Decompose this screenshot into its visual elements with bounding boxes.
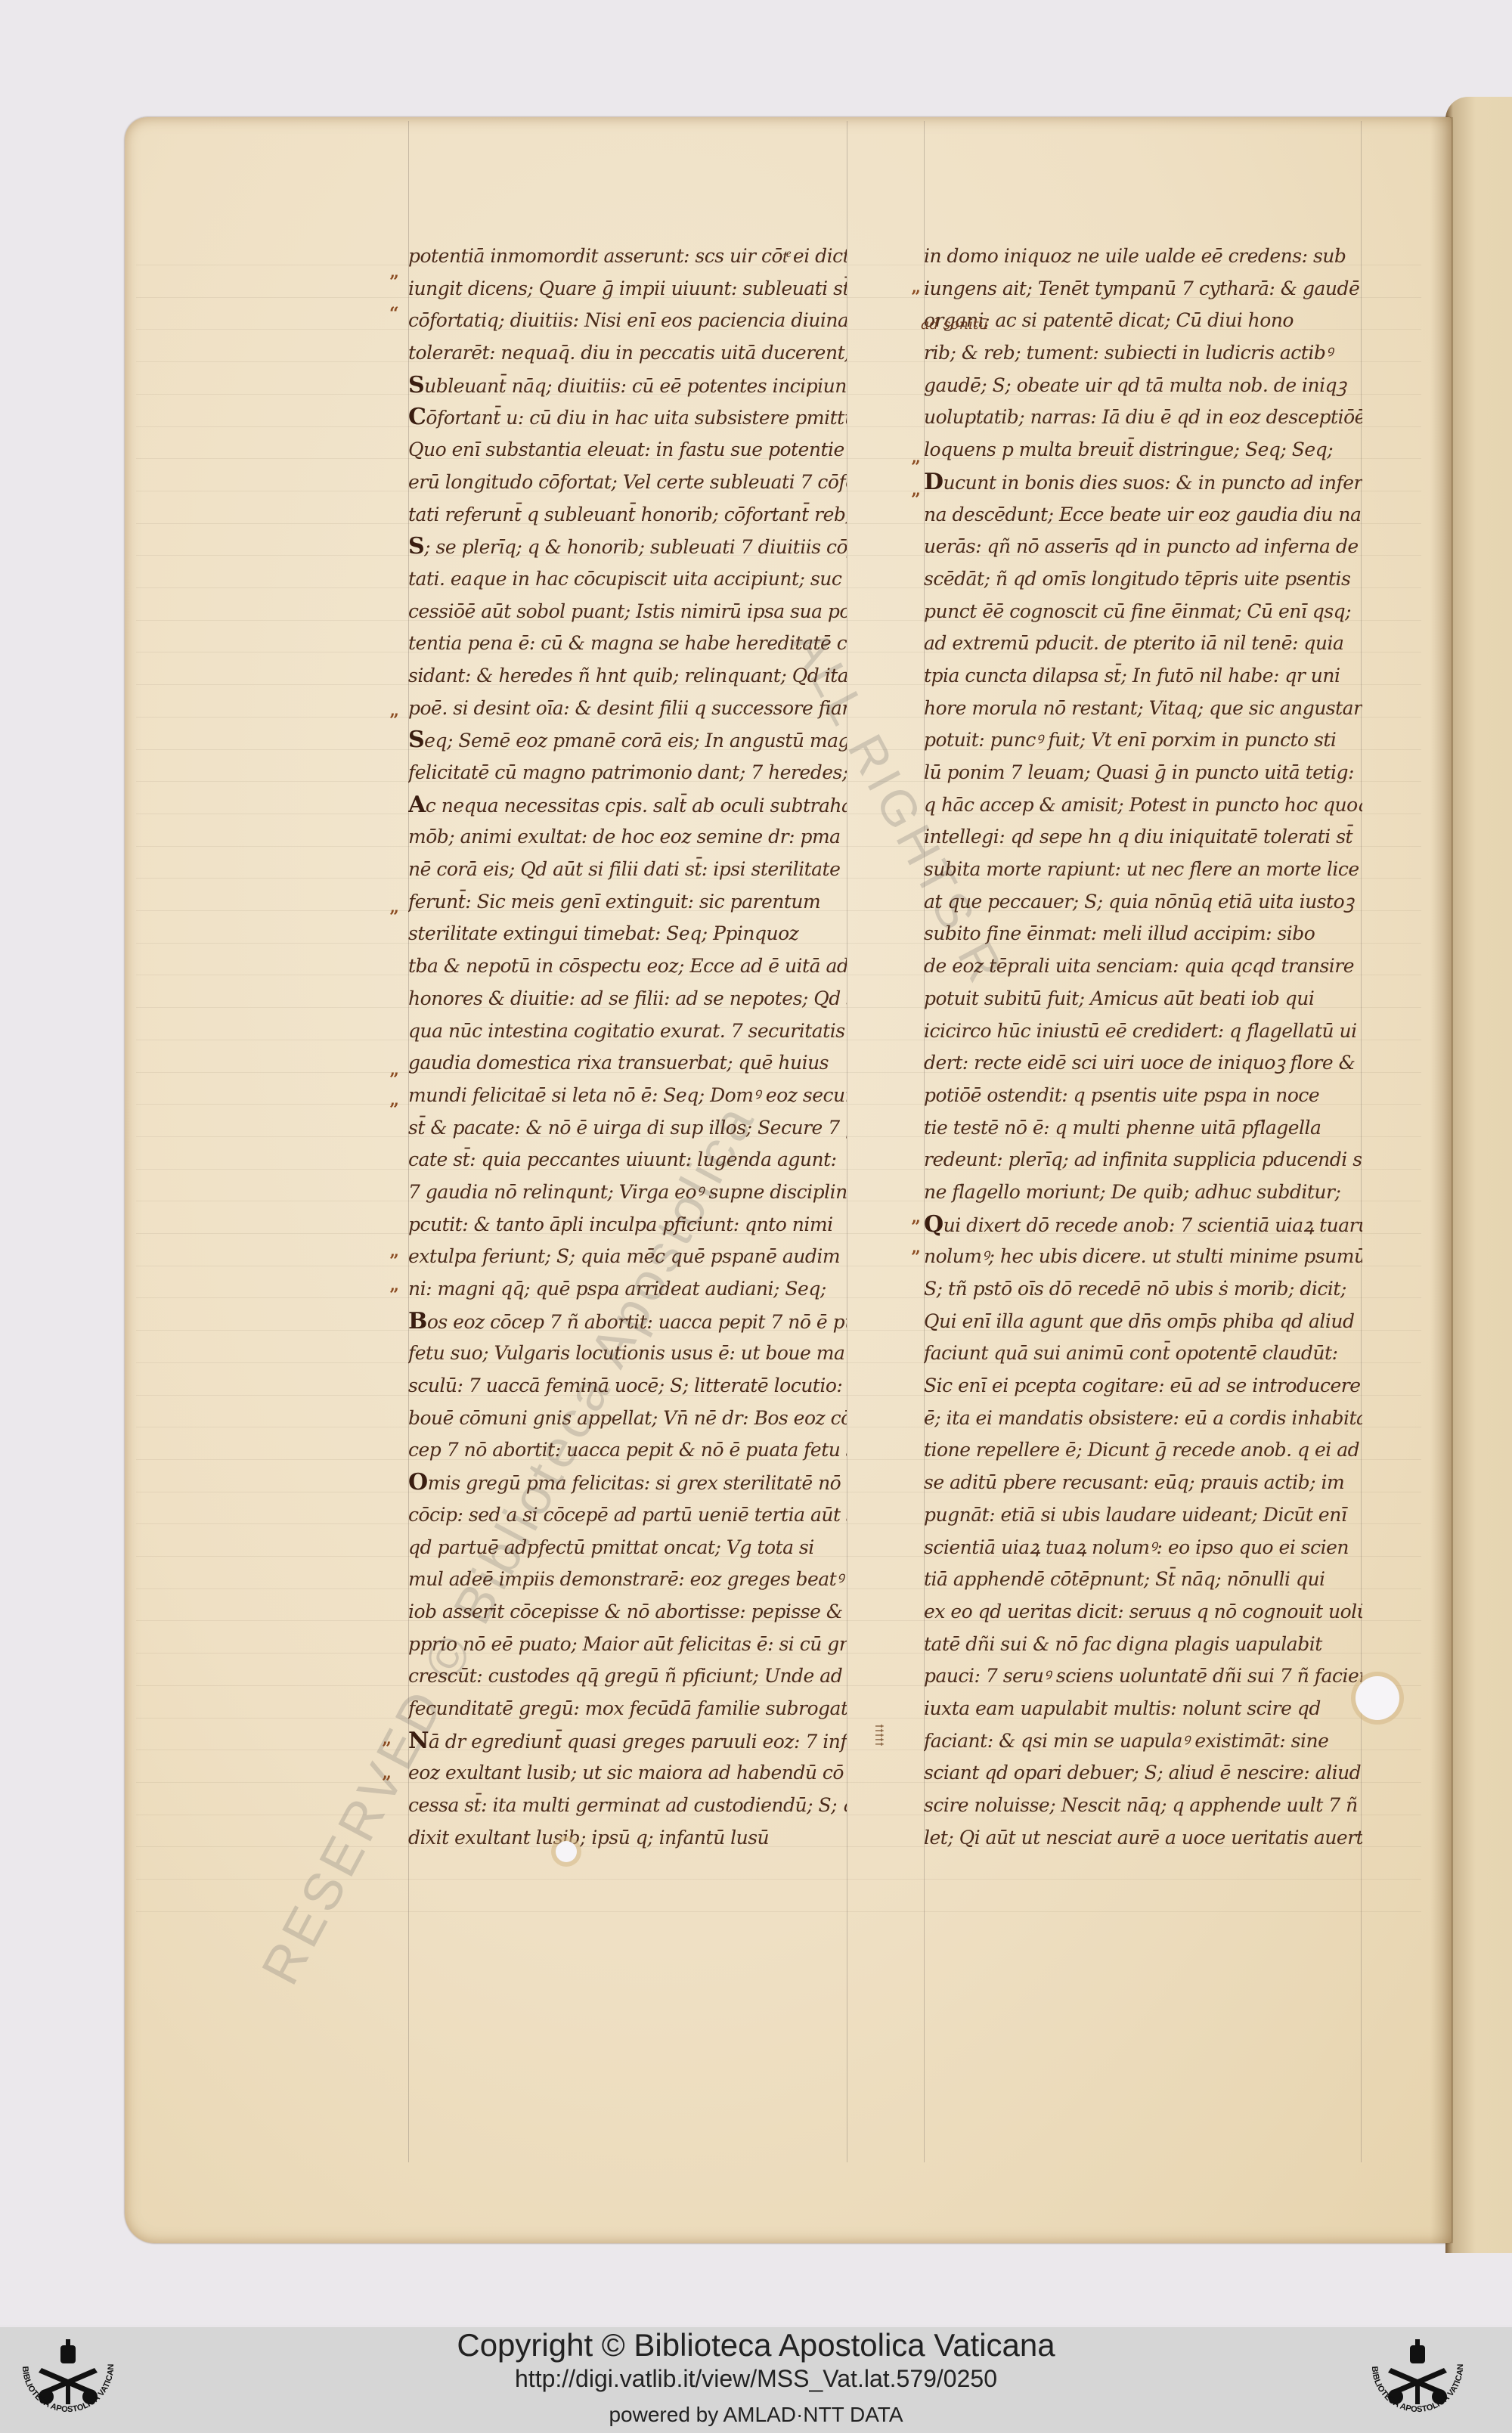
manuscript-line: sculū: 7 uaccā feminā uocē; S; litteratē… [408,1370,847,1402]
manuscript-line: mōb; animi exultat: de hoc eoz semine dr… [408,821,847,854]
manuscript-line: lū ponim 7 leuam; Quasi ḡ in puncto uitā… [924,757,1362,789]
manuscript-line: sterilitate extingui timebat: Seq; Ppinq… [408,918,847,950]
left-text-column: potentiā inmomordit asserunt: scs uir cō… [408,240,847,1854]
initial-letter: Q [924,1211,943,1238]
marginal-quote-mark: ” [389,711,399,730]
manuscript-line: cōfortatiq; diuitiis: Nisi enī eos pacie… [408,305,847,337]
manuscript-line: Qui dixert dō recede anob: 7 scientiā ui… [924,1209,1362,1241]
manuscript-line: ne flagello moriunt; De quib; adhuc subd… [924,1176,1362,1209]
manuscript-line: eoz exultant lusib; ut sic maiora ad hab… [408,1757,847,1790]
manuscript-line: nē corā eis; Qd aūt si filii dati st̄: i… [408,854,847,886]
manuscript-line: in domo iniquoz ne uile ualde eē credens… [924,240,1362,273]
manuscript-line: tba & nepotū in cōspectu eoz; Ecce ad ē … [408,950,847,983]
manuscript-line: rib; & reb; tument: subiecti in ludicris… [924,337,1362,370]
initial-letter: A [408,792,426,818]
marginal-quote-mark: ” [389,907,399,927]
manuscript-line: tione repellere ē; Dicunt ḡ recede anob.… [924,1434,1362,1467]
manuscript-line: ad extremū pducit. de pterito iā nil ten… [924,628,1362,660]
manuscript-line: Cōfortant̄ u: cū diu in hac uita subsist… [408,401,847,434]
manuscript-line: Nā dr egrediunt̄ quasi greges paruuli eo… [408,1725,847,1758]
manuscript-line: nolumꝰ; hec ubis dicere. ut stulti minim… [924,1241,1362,1273]
manuscript-line: Omis gregū pma felicitas: si grex steril… [408,1467,847,1499]
manuscript-line: Subleuant̄ nāq; diuitiis: cū eē potentes… [408,370,847,402]
manuscript-line: gaudē; S; obeate uir qd tā multa nob. de… [924,370,1362,402]
manuscript-line: bouē cōmuni gnis appellat; Vn̄ nē dr: Bo… [408,1402,847,1435]
manuscript-line: sciant qd opari debuer; S; aliud ē nesci… [924,1757,1362,1790]
manuscript-line: potuit: puncꝰ fuit; Vt enī porxim in pun… [924,724,1362,757]
manuscript-line: Ducunt in bonis dies suos: & in puncto a… [924,466,1362,499]
manuscript-line: pcutit: & tanto āpli inculpa pficiunt: q… [408,1209,847,1241]
manuscript-line: let; Qi aūt ut nesciat aurē a uoce uerit… [924,1822,1362,1855]
manuscript-line: mul adeē impiis demonstrarē: eoz greges … [408,1564,847,1596]
manuscript-line: potiōē ostendit: q psentis uite pspa in … [924,1080,1362,1112]
marginal-quote-mark: ” [911,1247,921,1267]
initial-letter: O [408,1469,428,1495]
marginal-quote-mark: ” [911,1217,921,1237]
manuscript-line: tie testē nō ē: q multi phenne uitā pfla… [924,1112,1362,1145]
marginal-quote-mark: ” [389,1285,399,1305]
manuscript-line: tpia cuncta dilapsa st̄; In futō nil hab… [924,660,1362,693]
manuscript-line: tati. eaque in hac cōcupiscit uita accip… [408,563,847,596]
manuscript-line: st̄ & pacate: & nō ē uirga di sup illos;… [408,1112,847,1145]
manuscript-line: ex eo qd ueritas dicit: seruus q nō cogn… [924,1596,1362,1629]
manuscript-line: scire noluisse; Nescit nāq; q apphende u… [924,1790,1362,1822]
manuscript-line: uerās: qñ nō asserīs qd in puncto ad inf… [924,531,1362,563]
copyright-footer: Copyright © Biblioteca Apostolica Vatica… [0,2327,1512,2433]
manuscript-line: pauci: 7 seruꝰ sciens uoluntatē dñi sui … [924,1660,1362,1693]
source-url[interactable]: http://digi.vatlib.it/view/MSS_Vat.lat.5… [0,2365,1512,2393]
manuscript-line: Quo enī substantia eleuat: in fastu sue … [408,434,847,466]
powered-by-text: powered by AMLAD·NTT DATA [0,2403,1512,2427]
manuscript-line: tatē dñi sui & nō fac digna plagis uapul… [924,1629,1362,1661]
manuscript-line: qd partuē adpfectū pmittat oncat; Vg tot… [408,1532,847,1564]
marginal-quote-mark: ” [389,1251,399,1271]
marginal-annotation: ꝉꝉꝉꝉꝉ [868,1724,885,1799]
manuscript-line: punct ēē cognoscit cū fine ēinmat; Cū en… [924,596,1362,628]
manuscript-line: redeunt: plerīq; ad infinita supplicia p… [924,1144,1362,1176]
manuscript-line: intellegi: qd sepe hn q diu iniquitatē t… [924,821,1362,854]
manuscript-line: S; se plerīq; q & honorib; subleuati 7 d… [408,531,847,563]
initial-letter: D [924,469,943,495]
manuscript-line: scientiā uiaꝝ tuaꝝ nolumꝰ: eo ipso quo e… [924,1532,1362,1564]
manuscript-line: icicirco hūc iniustū eē credidert: q fla… [924,1015,1362,1048]
manuscript-line: felicitatē cū magno patrimonio dant; 7 h… [408,757,847,789]
manuscript-line: qua nūc intestina cogitatio exurat. 7 se… [408,1015,847,1048]
marginal-note: ad sonitū [921,316,988,333]
manuscript-line: tolerarēt: nequaq̄. diu in peccatis uitā… [408,337,847,370]
manuscript-line: faciant: & qsi min se uapulaꝰ existimāt:… [924,1725,1362,1758]
manuscript-line: dixit exultant lusib; ipsū q; infantū lu… [408,1822,847,1855]
manuscript-line: loquens p multa breuit̄ distringue; Seq;… [924,434,1362,466]
marginal-quote-mark: ” [911,287,921,307]
initial-letter: S [408,727,424,753]
marginal-quote-mark: ” [389,1100,399,1120]
manuscript-line: Qui enī illa agunt que dn̄s omp̄s phiba … [924,1306,1362,1338]
vatican-library-logo-icon: BIBLIOTECA APOSTOLICA VATICANA [11,2336,125,2427]
manuscript-line: iungens ait; Tenēt tympanū 7 cytharā: & … [924,273,1362,305]
manuscript-line: iob asserit cōcepisse & nō abortisse: pe… [408,1596,847,1629]
manuscript-line: iungit dicens; Quare ḡ impii uiuunt: sub… [408,273,847,305]
manuscript-line: faciunt quā sui animū cont̄ opotentē cla… [924,1337,1362,1370]
marginal-quote-mark: “ [389,304,399,324]
manuscript-line: Bos eoz cōcep 7 ñ abortit: uacca pepit 7… [408,1306,847,1338]
manuscript-line: subito fine ēinmat: meli illud accipim: … [924,918,1362,950]
manuscript-line: ferunt̄: Sic meis genī extinguit: sic pa… [408,886,847,919]
manuscript-line: q hāc accep & amisit; Potest in puncto h… [924,789,1362,822]
manuscript-line: ē; ita ei mandatis obsistere: eū a cordi… [924,1402,1362,1435]
parchment-hole [556,1841,577,1862]
manuscript-line: fecunditatē gregū: mox fecūdā familie su… [408,1693,847,1725]
manuscript-line: potuit subitū fuit; Amicus aūt beati iob… [924,983,1362,1015]
marginal-quote-mark: ” [911,457,921,477]
manuscript-line: na descēdunt; Ecce beate uir eoz gaudia … [924,499,1362,532]
initial-letter: C [408,404,426,430]
manuscript-line: tiā apphendē cōtēpnunt; St̄ nāq; nōnulli… [924,1564,1362,1596]
copyright-text: Copyright © Biblioteca Apostolica Vatica… [0,2327,1512,2363]
manuscript-line: cessa st̄: ita multi germinat ad custodi… [408,1790,847,1822]
manuscript-line: ni: magni qq̄; quē pspa arrideat audiani… [408,1273,847,1306]
manuscript-line: poē. si desint oīa: & desint filii q suc… [408,693,847,725]
manuscript-line: crescūt: custodes qq̄ gregū ñ pficiunt; … [408,1660,847,1693]
manuscript-line: pprio nō eē puato; Maior aūt felicitas ē… [408,1629,847,1661]
initial-letter: N [408,1728,429,1754]
manuscript-line: cep 7 nō abortit: uacca pepit & nō ē pua… [408,1434,847,1467]
manuscript-line: de eoz tēprali uita senciam: quia qcqd t… [924,950,1362,983]
manuscript-line: gaudia domestica rixa transuerbat; quē h… [408,1047,847,1080]
manuscript-line: tati referunt̄ q subleuant̄ honorib; cōf… [408,499,847,532]
manuscript-line: extulpa feriunt; S; quia mēc quē pspanē … [408,1241,847,1273]
manuscript-line: S; tñ pstō oīs dō recedē nō ubis ṡ morib… [924,1273,1362,1306]
manuscript-line: sidant: & heredes ñ hnt quib; relinquant… [408,660,847,693]
marginal-quote-mark: ” [382,1739,392,1759]
manuscript-line: at que peccauer; S; quia nōnūq etiā uita… [924,886,1362,919]
parchment-hole [1356,1676,1399,1720]
facing-page-edge [1445,97,1512,2253]
manuscript-line: cōcip: sed a si cōcepē ad partū ueniē te… [408,1499,847,1532]
manuscript-line: Sic enī ei pcepta cogitare: eū ad se int… [924,1370,1362,1402]
manuscript-line: dert: recte eidē sci uiri uoce de iniquo… [924,1047,1362,1080]
manuscript-line: Ac nequa necessitas cpis. salt̄ ab oculi… [408,789,847,822]
manuscript-line: uoluptatib; narras: Iā diu ē qd in eoz d… [924,401,1362,434]
manuscript-line: erū longitudo cōfortat; Vel certe subleu… [408,466,847,499]
marginal-quote-mark: ” [382,1773,392,1793]
manuscript-line: scēdāt; ñ qd omīs longitudo tēpris uite … [924,563,1362,596]
initial-letter: B [408,1308,427,1334]
manuscript-line: hore morula nō restant; Vitaq; que sic a… [924,693,1362,725]
manuscript-line: fetu suo; Vulgaris locutionis usus ē: ut… [408,1337,847,1370]
marginal-quote-mark: ” [911,490,921,510]
right-text-column: in domo iniquoz ne uile ualde eē credens… [924,240,1362,1854]
manuscript-line: cate st̄: quia peccantes uiuunt: lugenda… [408,1144,847,1176]
marginal-quote-mark: ” [389,272,399,292]
ruling-line [847,121,847,2162]
manuscript-line: 7 gaudia nō relinqunt; Virga eoꝰ supne d… [408,1176,847,1209]
manuscript-line: pugnāt: etiā si ubis laudare uideant; Di… [924,1499,1362,1532]
initial-letter: S [408,372,424,398]
vatican-library-logo-icon: BIBLIOTECA APOSTOLICA VATICANA [1361,2336,1474,2427]
manuscript-line: se aditū pbere recusant: eūq; prauis act… [924,1467,1362,1499]
manuscript-line: Seq; Semē eoz pmanē corā eis; In angustū… [408,724,847,757]
manuscript-line: honores & diuitie: ad se filii: ad se ne… [408,983,847,1015]
initial-letter: S [408,533,424,559]
marginal-quote-mark: ” [389,1070,399,1089]
manuscript-line: potentiā inmomordit asserunt: scs uir cō… [408,240,847,273]
manuscript-line: iuxta eam uapulabit multis: nolunt scire… [924,1693,1362,1725]
manuscript-line: organi; ac si patentē dicat; Cū diui hon… [924,305,1362,337]
manuscript-line: cessiōē aūt sobol puant; Istis nimirū ip… [408,596,847,628]
manuscript-line: mundi felicitaē si leta nō ē: Seq; Domꝰ … [408,1080,847,1112]
manuscript-line: tentia pena ē: cū & magna se habe heredi… [408,628,847,660]
manuscript-line: subita morte rapiunt: ut nec flere an mo… [924,854,1362,886]
